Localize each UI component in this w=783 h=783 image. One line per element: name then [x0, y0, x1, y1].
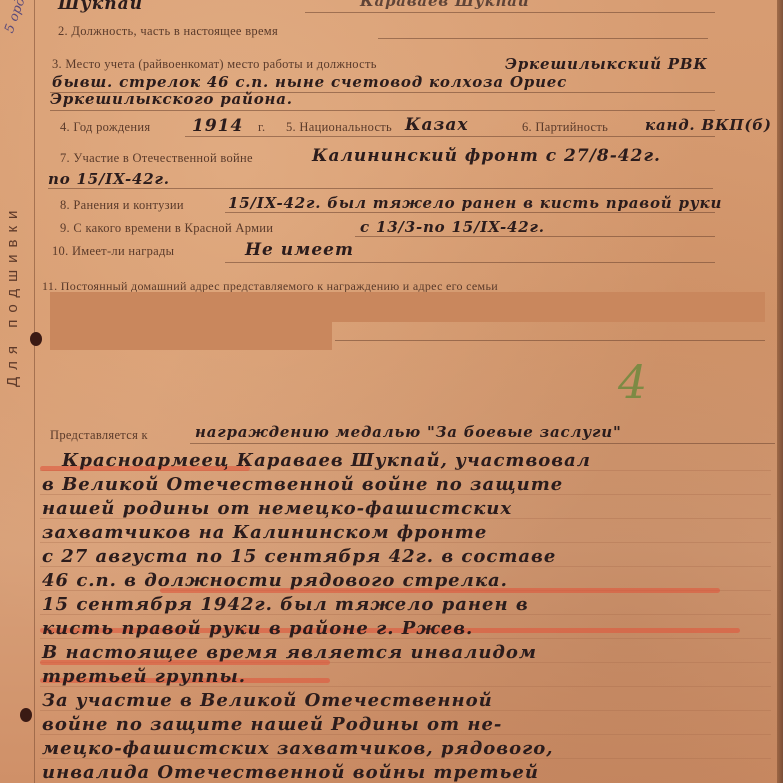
punch-hole — [30, 332, 42, 346]
narrative-line: инвалида Отечественной войны третьей — [42, 762, 539, 783]
narrative-line: кисть правой руки в районе г. Ржев. — [42, 618, 473, 639]
narrative-line: войне по защите нашей Родины от не- — [42, 714, 502, 735]
binding-margin-line — [34, 0, 35, 783]
rule — [225, 212, 715, 213]
margin-mark: 4 — [618, 355, 647, 409]
nationality-label: 5. Национальность — [286, 120, 392, 135]
awards-label: 10. Имеет-ли награды — [52, 244, 174, 259]
army-since-value: с 13/3-по 15/IX-42г. — [360, 218, 545, 236]
narrative-line: третьей группы. — [42, 666, 246, 687]
narrative-line: в Великой Отечественной войне по защите — [42, 474, 563, 495]
rule — [190, 443, 775, 444]
side-note: 5 орден — [2, 0, 34, 35]
awards-value: Не имеет — [245, 240, 354, 260]
redacted-address — [50, 292, 765, 322]
war-participation-value-1: Калининский фронт с 27/8-42г. — [312, 146, 661, 166]
narrative-line: В настоящее время является инвалидом — [42, 642, 537, 663]
position-label: 2. Должность, часть в настоящее время — [58, 24, 278, 39]
rule — [335, 340, 765, 341]
birth-year-suffix: г. — [258, 120, 265, 135]
narrative-line: нашей родины от немецко-фашистских — [42, 498, 512, 519]
redacted-address-2 — [50, 320, 332, 350]
nationality-value: Казах — [405, 115, 468, 135]
binding-side-label: Для подшивки — [4, 150, 30, 440]
narrative-line: с 27 августа по 15 сентября 42г. в соста… — [42, 546, 556, 567]
registration-value-2: бывш. стрелок 46 с.п. ныне счетовод колх… — [52, 73, 567, 91]
narrative-line: 15 сентября 1942г. был тяжело ранен в — [42, 594, 529, 615]
rule — [225, 262, 715, 263]
wounds-label: 8. Ранения и контузии — [60, 198, 184, 213]
award-document-page: Для подшивки 5 орден Шукпай Караваев Шук… — [0, 0, 783, 783]
registration-value-1: Эркешилыкский РВК — [505, 55, 708, 73]
rule — [185, 136, 715, 137]
narrative-line: мецко-фашистских захватчиков, рядового, — [42, 738, 554, 759]
war-participation-label: 7. Участие в Отечественной войне — [60, 151, 253, 166]
war-participation-value-2: по 15/IX-42г. — [48, 170, 170, 188]
registration-label: 3. Место учета (райвоенкомат) место рабо… — [52, 57, 377, 72]
narrative-line: За участие в Великой Отечественной — [42, 690, 493, 711]
narrative-line: 46 с.п. в должности рядового стрелка. — [42, 570, 508, 591]
birth-year-value: 1914 — [192, 116, 243, 136]
narrative-line: Красноармеец Караваев Шукпай, участвовал — [62, 450, 591, 471]
punch-hole — [20, 708, 32, 722]
rule — [378, 38, 708, 39]
wounds-value: 15/IX-42г. был тяжело ранен в кисть прав… — [228, 194, 722, 212]
rule — [355, 236, 715, 237]
party-label: 6. Партийность — [522, 120, 608, 135]
nomination-value: награждению медалью "За боевые заслуги" — [195, 423, 622, 441]
nomination-label: Представляется к — [50, 428, 148, 443]
rule — [48, 188, 713, 189]
surname-value: Караваев Шукпай — [360, 0, 529, 10]
registration-value-3: Эркешилыкского района. — [50, 90, 293, 108]
army-since-label: 9. С какого времени в Красной Армии — [60, 221, 273, 236]
name-value: Шукпай — [58, 0, 143, 14]
party-value: канд. ВКП(б) — [645, 116, 772, 134]
rule — [305, 12, 715, 13]
narrative-line: захватчиков на Калининском фронте — [42, 522, 487, 543]
birth-year-label: 4. Год рождения — [60, 120, 150, 135]
rule — [50, 110, 715, 111]
page-edge — [777, 0, 783, 783]
